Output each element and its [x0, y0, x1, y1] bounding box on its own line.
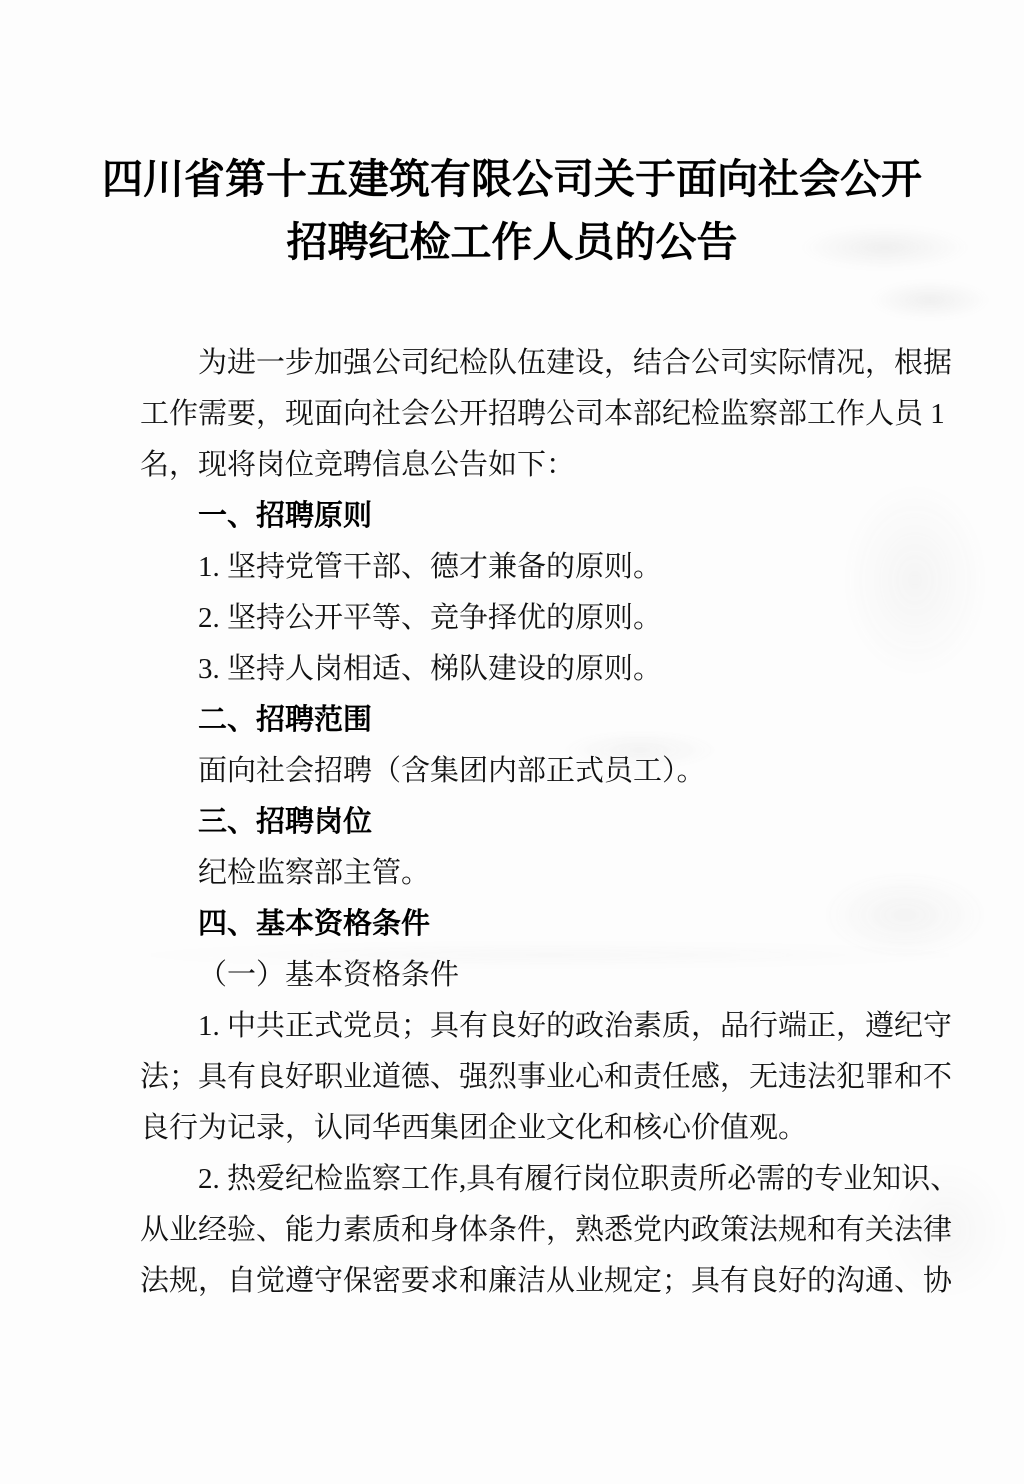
document-body: 为进一步加强公司纪检队伍建设，结合公司实际情况，根据 工作需要，现面向社会公开招…	[140, 338, 940, 1307]
principle-item-2: 2. 坚持公开平等、竞争择优的原则。	[140, 593, 940, 644]
qualification-2-line-1: 2. 热爱纪检监察工作,具有履行岗位职责所必需的专业知识、	[140, 1154, 940, 1205]
qualification-1-line-2: 法；具有良好职业道德、强烈事业心和责任感，无违法犯罪和不	[140, 1052, 940, 1103]
section-heading-3: 三、招聘岗位	[140, 797, 940, 848]
qualification-2-line-3: 法规，自觉遵守保密要求和廉洁从业规定；具有良好的沟通、协	[140, 1256, 940, 1307]
document-title: 四川省第十五建筑有限公司关于面向社会公开 招聘纪检工作人员的公告	[0, 148, 1024, 274]
qualification-1-line-3: 良行为记录，认同华西集团企业文化和核心价值观。	[140, 1103, 940, 1154]
qualification-2-line-2: 从业经验、能力素质和身体条件，熟悉党内政策法规和有关法律	[140, 1205, 940, 1256]
section-heading-2: 二、招聘范围	[140, 695, 940, 746]
principle-item-1: 1. 坚持党管干部、德才兼备的原则。	[140, 542, 940, 593]
section-heading-1: 一、招聘原则	[140, 491, 940, 542]
position-text: 纪检监察部主管。	[140, 848, 940, 899]
text-line-intro-2: 工作需要，现面向社会公开招聘公司本部纪检监察部工作人员 1	[140, 389, 940, 440]
title-line-2: 招聘纪检工作人员的公告	[0, 211, 1024, 274]
text-line-intro-3: 名，现将岗位竞聘信息公告如下：	[140, 440, 940, 491]
scan-smudge	[870, 280, 990, 320]
scope-text: 面向社会招聘（含集团内部正式员工）。	[140, 746, 940, 797]
scanned-document-page: 四川省第十五建筑有限公司关于面向社会公开 招聘纪检工作人员的公告 为进一步加强公…	[0, 0, 1024, 1484]
section-heading-4: 四、基本资格条件	[140, 899, 940, 950]
subsection-heading-4-1: （一）基本资格条件	[140, 950, 940, 1001]
title-line-1: 四川省第十五建筑有限公司关于面向社会公开	[0, 148, 1024, 211]
text-line-intro-1: 为进一步加强公司纪检队伍建设，结合公司实际情况，根据	[140, 338, 940, 389]
qualification-1-line-1: 1. 中共正式党员；具有良好的政治素质，品行端正，遵纪守	[140, 1001, 940, 1052]
principle-item-3: 3. 坚持人岗相适、梯队建设的原则。	[140, 644, 940, 695]
